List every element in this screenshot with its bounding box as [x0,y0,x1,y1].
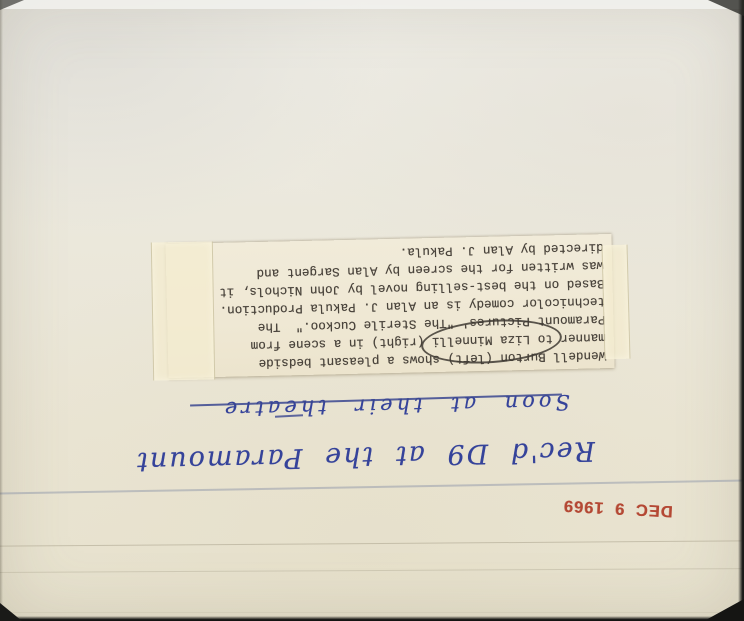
typed-caption-label: Wendell Burton (left) shows a pleasant b… [166,234,615,378]
top-paper-edge [0,0,744,9]
date-received-stamp: DEC 9 1969 [549,494,674,522]
crease-line [0,540,744,546]
handwritten-note: Rec'd D9 at the Paramount [182,422,595,488]
scan-edge [0,616,744,621]
handwritten-note-struck: Soon at their theatre [192,382,571,430]
photo-back-scan: Wendell Burton (left) shows a pleasant b… [0,0,744,621]
crease-line [0,612,744,613]
typed-caption: Wendell Burton (left) shows a pleasant b… [178,238,607,374]
scan-edge [0,0,3,621]
tape-strip-left [151,241,215,380]
crease-line [0,568,744,573]
tape-strip-right [602,245,631,360]
photo-paper: Wendell Burton (left) shows a pleasant b… [0,0,744,621]
scan-edge [738,0,744,621]
